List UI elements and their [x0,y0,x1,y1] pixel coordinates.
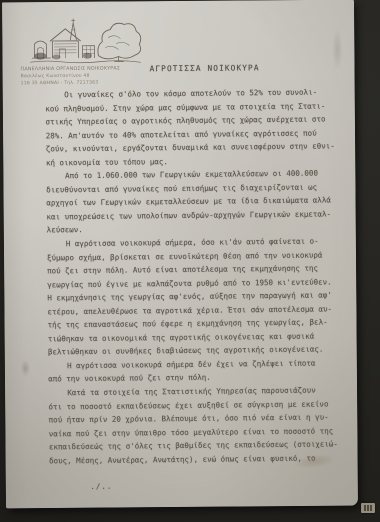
paragraph: Κατά τα στοιχεία της Στατιστικής Υπηρεσί… [48,383,341,467]
text-line: δους, Μέσης, Ανωτέρας, Ανωτάτης), ενώ όπ… [49,451,341,468]
paragraph: Από το 1.060.000 των Γεωργικών εκμεταλλε… [46,167,339,238]
scan-smudge [332,30,342,70]
paragraph: Οι γυναίκες σ'όλο τον κόσμο αποτελούν το… [45,85,338,169]
letterhead-org-name: ΠΑΝΕΛΛΗΝΙΑ ΟΡΓΑΝΩΣΙΣ ΝΟΙΚΟΚΥΡΑΣ [21,66,171,73]
document-page: ΠΑΝΕΛΛΗΝΙΑ ΟΡΓΑΝΩΣΙΣ ΝΟΙΚΟΚΥΡΑΣ Βασιλέως… [2,0,358,508]
letterhead-address-line2: 116 35 ΑΘΗΝΑΙ - Τηλ. 7217363 [21,80,171,87]
village-sketch-icon [26,15,144,66]
letterhead-address-line1: Βασιλέως Κωνσταντίνου 48 [21,73,171,80]
frame-number-sticker [361,503,375,513]
continuation-mark: ./.. [49,478,341,495]
paragraph: Η αγρότισσα νοικοκυρά σήμερα, όσο κι'άν … [47,234,340,359]
scan-smudge [21,360,30,376]
document-body: Οι γυναίκες σ'όλο τον κόσμο αποτελούν το… [45,85,341,494]
paragraph: Η αγρότισσα νοικοκυρά σήμερα δέν έχει να… [48,356,340,386]
letterhead: ΠΑΝΕΛΛΗΝΙΑ ΟΡΓΑΝΩΣΙΣ ΝΟΙΚΟΚΥΡΑΣ Βασιλέως… [20,15,171,87]
document-title: ΑΓΡΟΤΙΣΣΑ ΝΟΙΚΟΚΥΡΑ [150,63,260,73]
